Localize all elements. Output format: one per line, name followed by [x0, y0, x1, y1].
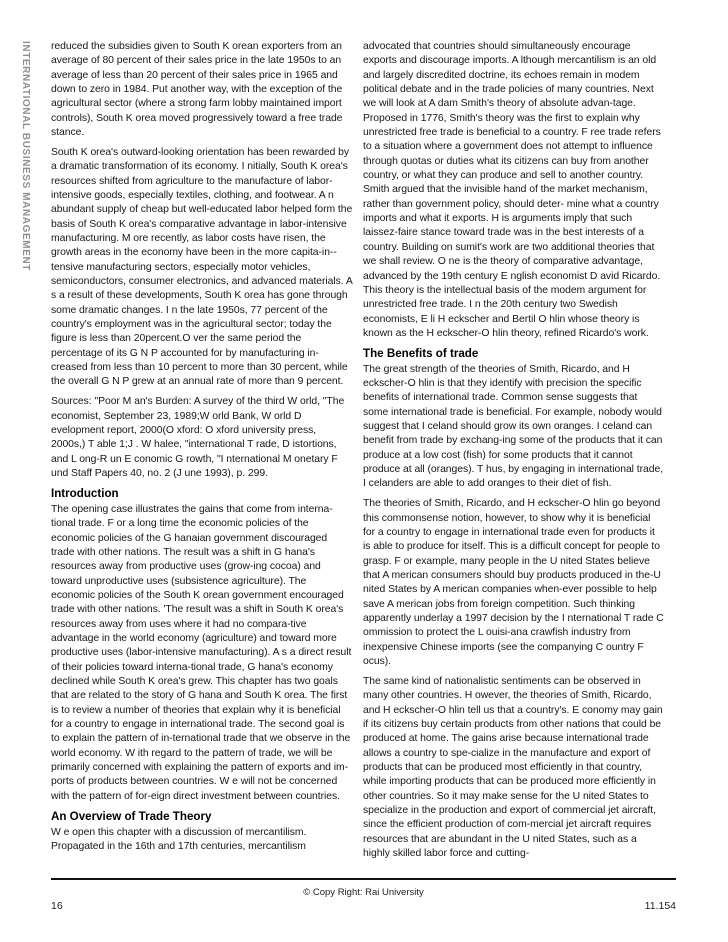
heading-overview-trade-theory: An Overview of Trade Theory: [51, 810, 353, 824]
paragraph-outward-orientation: South K orea's outward-looking orientati…: [51, 146, 353, 390]
right-column: advocated that countries should simultan…: [363, 40, 665, 867]
paragraph-benefits: The great strength of the theories of Sm…: [363, 363, 665, 492]
heading-introduction: Introduction: [51, 487, 353, 501]
heading-benefits-of-trade: The Benefits of trade: [363, 347, 665, 361]
paragraph-nationalistic-sentiments: The same kind of nationalistic sentiment…: [363, 675, 665, 861]
paragraph-theories: The theories of Smith, Ricardo, and H ec…: [363, 497, 665, 669]
paragraph-subsidies: reduced the subsidies given to South K o…: [51, 40, 353, 140]
paragraph-overview: W e open this chapter with a discussion …: [51, 826, 353, 855]
sidebar-vertical-label: INTERNATIONAL BUSINESS MANAGEMENT: [20, 41, 31, 271]
footer-copyright: © Copy Right: Rai University: [51, 887, 676, 898]
document-page: INTERNATIONAL BUSINESS MANAGEMENT reduce…: [0, 0, 728, 942]
page-code: 11.154: [51, 900, 676, 912]
footer-divider: [51, 878, 676, 880]
paragraph-mercantilism: advocated that countries should simultan…: [363, 40, 665, 341]
left-column: reduced the subsidies given to South K o…: [51, 40, 353, 860]
paragraph-introduction: The opening case illustrates the gains t…: [51, 503, 353, 804]
sources-note: Sources: "Poor M an's Burden: A survey o…: [51, 395, 353, 481]
